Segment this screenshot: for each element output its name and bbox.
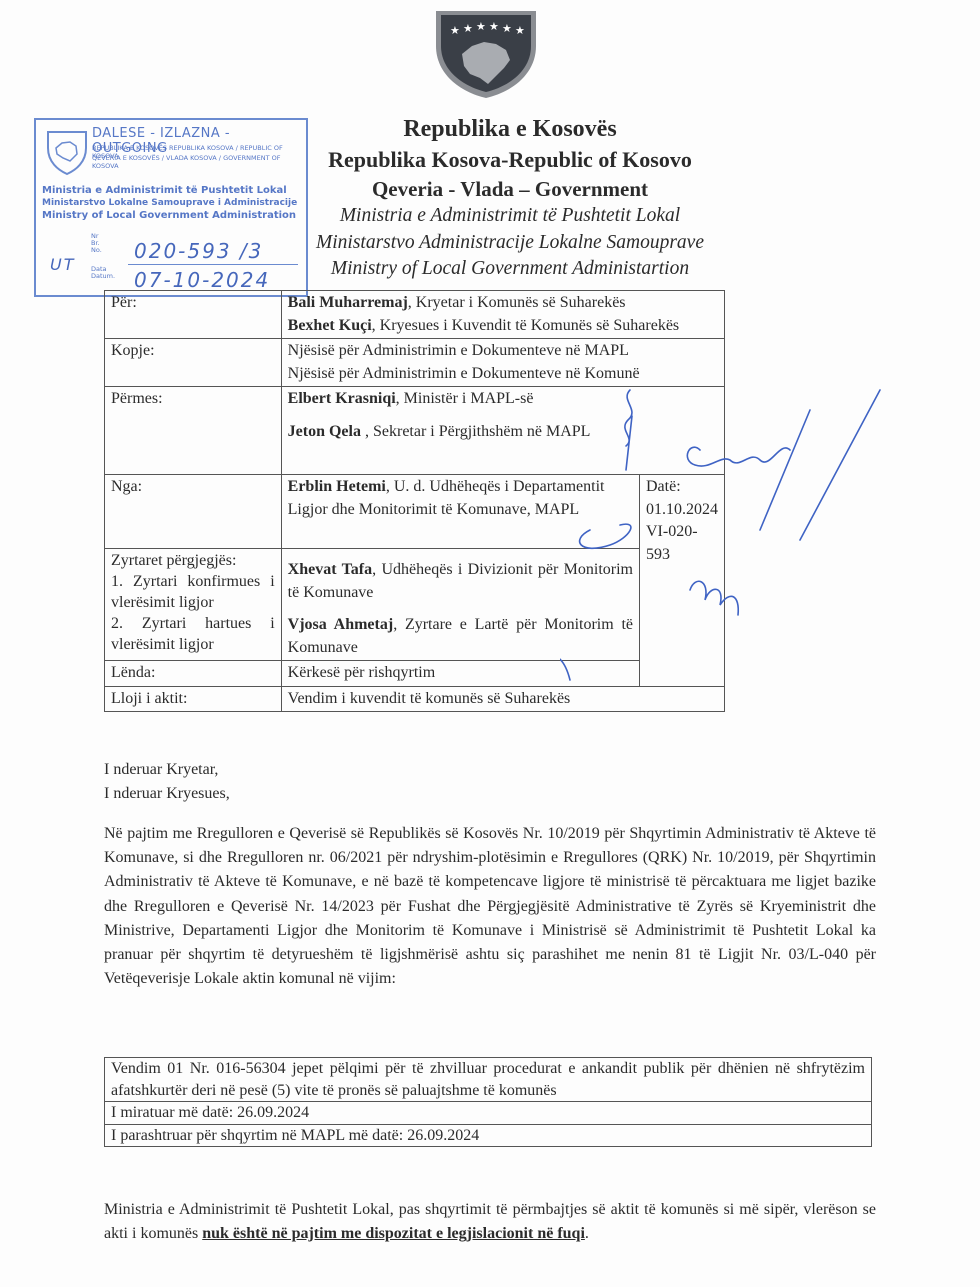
act-details-table: Vendim 01 Nr. 016-56304 jepet pëlqimi pë… (104, 1057, 872, 1147)
row-lloji: Lloji i aktit: Vendim i kuvendit të komu… (105, 686, 725, 712)
via-role: , Sekretar i Përgjithshëm në MAPL (361, 423, 590, 440)
greeting-chair: I nderuar Kryesues, (104, 782, 876, 806)
stamp-ministry-sq: Ministria e Administrimit të Pushtetit L… (42, 185, 287, 196)
letterhead-ministry-sq: Ministria e Administrimit të Pushtetit L… (270, 203, 750, 230)
via-role: , Ministër i MAPL-së (396, 390, 534, 407)
sender-name: Erblin Hetemi (288, 478, 386, 495)
stamp-number-label: Nr Br. No. (91, 233, 102, 254)
conclusion-end: . (585, 1225, 589, 1242)
recipient-role: , Kryesues i Kuvendit të Komunës së Suha… (372, 317, 680, 334)
recipient-name: Bexhet Kuçi (288, 317, 372, 334)
svg-text:★: ★ (489, 20, 499, 33)
act-description: Vendim 01 Nr. 016-56304 jepet pëlqimi pë… (105, 1058, 872, 1102)
date-cell: Datë: 01.10.2024 VI-020-593 (640, 475, 725, 687)
label-zyrtaret: Zyrtaret përgjegjës: 1. Zyrtari konfirmu… (105, 549, 282, 661)
letterhead-government: Qeveria - Vlada – Government (270, 175, 750, 203)
via-name: Jeton Qela (288, 423, 361, 440)
recipient-name: Bali Muharremaj (288, 294, 408, 311)
stamp-date-label: Data Datum. (91, 266, 115, 280)
letterhead-republic-sq: Republika e Kosovës (270, 113, 750, 145)
row-permes: Përmes: Elbert Krasniqi, Ministër i MAPL… (105, 387, 725, 475)
conclusion-paragraph: Ministria e Administrimit të Pushtetit L… (104, 1198, 876, 1246)
letterhead-ministry-sr: Ministarstvo Administracije Lokalne Samo… (270, 230, 750, 257)
row-per: Për: Bali Muharremaj, Kryetar i Komunës … (105, 291, 725, 339)
kosovo-coat-of-arms-icon: ★★★ ★★★ (432, 8, 540, 100)
value-kopje: Njësisë për Administrimin e Dokumenteve … (281, 339, 724, 387)
letterhead: Republika e Kosovës Republika Kosova-Rep… (270, 113, 750, 283)
row-kopje: Kopje: Njësisë për Administrimin e Dokum… (105, 339, 725, 387)
act-approved-date: I miratuar më datë: 26.09.2024 (105, 1102, 872, 1125)
label-lloji: Lloji i aktit: (105, 686, 282, 712)
label-nga: Nga: (105, 475, 282, 549)
row-zyrtaret: Zyrtaret përgjegjës: 1. Zyrtari konfirmu… (105, 549, 725, 661)
stamp-handwritten-number: 020-593 /3 (134, 239, 263, 263)
recipient-role: , Kryetar i Komunës së Suharekës (408, 294, 626, 311)
date-value: 01.10.2024 (646, 499, 718, 522)
svg-text:★: ★ (476, 20, 486, 33)
official-name: Xhevat Tafa (288, 561, 372, 578)
copy-recipient: Njësisë për Administrimin e Dokumenteve … (288, 363, 718, 386)
value-zyrtaret: Xhevat Tafa, Udhëheqës i Divizionit për … (281, 549, 639, 661)
label-lenda: Lënda: (105, 661, 282, 687)
stamp-handwritten-initials: UT (50, 255, 75, 274)
salutation: I nderuar Kryetar, I nderuar Kryesues, (104, 758, 876, 806)
stamp-ministry-sr: Ministarstvo Lokalne Samouprave i Admini… (42, 198, 297, 208)
letterhead-ministry-en: Ministry of Local Government Administart… (270, 256, 750, 283)
svg-text:★: ★ (515, 24, 525, 37)
official-name: Vjosa Ahmetaj (288, 616, 394, 633)
stamp-shield-icon (46, 128, 88, 176)
value-permes: Elbert Krasniqi, Ministër i MAPL-së Jeto… (281, 387, 724, 475)
stamp-subtitle-2: QEVERIA E KOSOVËS / VLADA KOSOVA / GOVER… (92, 154, 306, 170)
routing-table: Për: Bali Muharremaj, Kryetar i Komunës … (104, 290, 725, 712)
copy-recipient: Njësisë për Administrimin e Dokumenteve … (288, 340, 718, 363)
via-name: Elbert Krasniqi (288, 390, 396, 407)
row-nga: Nga: Erblin Hetemi, U. d. Udhëheqës i De… (105, 475, 725, 549)
value-lenda: Kërkesë për rishqyrtim (281, 661, 639, 687)
label-per: Për: (105, 291, 282, 339)
outgoing-stamp: DALESE - IZLAZNA - OUTGOING REPUBLIKA E … (34, 118, 308, 297)
svg-text:★: ★ (450, 24, 460, 37)
act-approved-row: I miratuar më datë: 26.09.2024 (105, 1102, 872, 1125)
value-lloji: Vendim i kuvendit të komunës së Suharekë… (281, 686, 724, 712)
svg-text:★: ★ (502, 22, 512, 35)
act-description-row: Vendim 01 Nr. 016-56304 jepet pëlqimi pë… (105, 1058, 872, 1102)
row-lenda: Lënda: Kërkesë për rishqyrtim (105, 661, 725, 687)
date-label: Datë: (646, 476, 718, 499)
stamp-handwritten-date: 07-10-2024 (134, 268, 270, 292)
act-submitted-row: I parashtruar për shqyrtim në MAPL më da… (105, 1124, 872, 1147)
label-permes: Përmes: (105, 387, 282, 475)
greeting-mayor: I nderuar Kryetar, (104, 758, 876, 782)
svg-text:★: ★ (463, 22, 473, 35)
reference-number: VI-020-593 (646, 521, 718, 566)
letterhead-republic-multilingual: Republika Kosova-Republic of Kosovo (270, 145, 750, 175)
conclusion-verdict: nuk është në pajtim me dispozitat e legj… (202, 1225, 585, 1242)
value-per: Bali Muharremaj, Kryetar i Komunës së Su… (281, 291, 724, 339)
value-nga: Erblin Hetemi, U. d. Udhëheqës i Departa… (281, 475, 639, 549)
label-kopje: Kopje: (105, 339, 282, 387)
legal-basis-paragraph: Në pajtim me Rregulloren e Qeverisë së R… (104, 822, 876, 991)
stamp-ministry-en: Ministry of Local Government Administrat… (42, 210, 296, 221)
act-submitted-date: I parashtruar për shqyrtim në MAPL më da… (105, 1124, 872, 1147)
